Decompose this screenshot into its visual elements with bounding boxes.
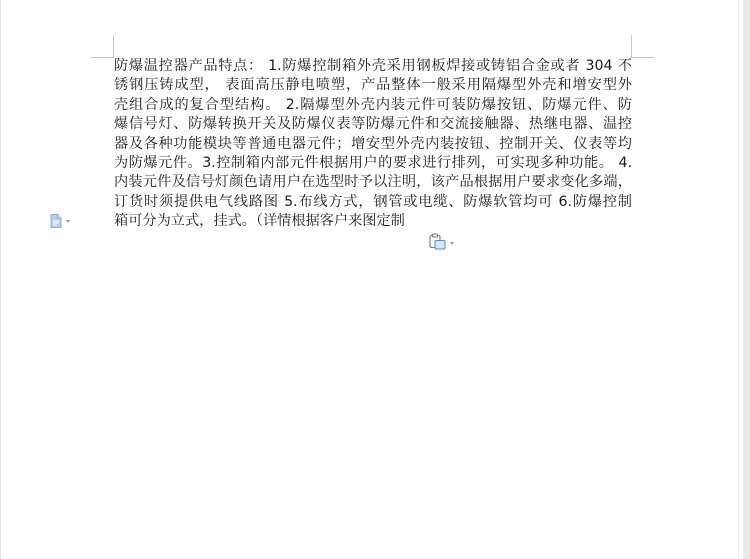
paragraph-line: 防爆温控器产品特点： 1.防爆控制箱外壳采用钢板焊接或铸铝合金或者 304 不	[114, 57, 632, 76]
document-viewport: 防爆温控器产品特点： 1.防爆控制箱外壳采用钢板焊接或铸铝合金或者 304 不 …	[0, 0, 750, 559]
paragraph-line: 器及各种功能模块等普通电器元件；增安型外壳内装按钮、控制开关、仪表等均	[114, 135, 632, 154]
paragraph-line: 订货时须提供电气线路图 5.布线方式，钢管或电缆、防爆软管均可 6.防爆控制	[114, 193, 632, 212]
vertical-scrollbar-track[interactable]	[743, 0, 750, 559]
document-icon	[50, 214, 62, 228]
paragraph-menu-button[interactable]	[50, 213, 78, 229]
page-left-edge	[0, 0, 1, 559]
chevron-down-icon	[66, 220, 70, 223]
crop-mark-top-right-vertical	[631, 35, 632, 57]
paragraph-line: 为防爆元件。3.控制箱内部元件根据用户的要求进行排列，可实现多种功能。 4.	[114, 154, 632, 173]
crop-mark-top-left-horizontal	[91, 57, 114, 58]
paragraph-line: 箱可分为立式，挂式。（详情根据客户来图定制	[114, 212, 632, 231]
paste-options-button[interactable]	[429, 234, 459, 252]
crop-mark-top-left-vertical	[113, 35, 114, 57]
chevron-down-icon	[450, 242, 454, 245]
crop-mark-top-right-horizontal	[631, 57, 654, 58]
paragraph-line: 锈钢压铸成型， 表面高压静电喷塑，产品整体一般采用隔爆型外壳和增安型外	[114, 76, 632, 95]
page-right-edge	[738, 0, 739, 559]
paragraph-line: 壳组合成的复合型结构。 2.隔爆型外壳内装元件可装防爆按钮、防爆元件、防	[114, 96, 632, 115]
clipboard-paste-icon	[429, 233, 446, 254]
paragraph-line: 爆信号灯、防爆转换开关及防爆仪表等防爆元件和交流接触器、热继电器、温控	[114, 115, 632, 134]
paragraph-line: 内装元件及信号灯颜色请用户在选型时予以注明，该产品根据用户要求变化多端，	[114, 173, 632, 192]
document-paragraph[interactable]: 防爆温控器产品特点： 1.防爆控制箱外壳采用钢板焊接或铸铝合金或者 304 不 …	[114, 57, 632, 232]
